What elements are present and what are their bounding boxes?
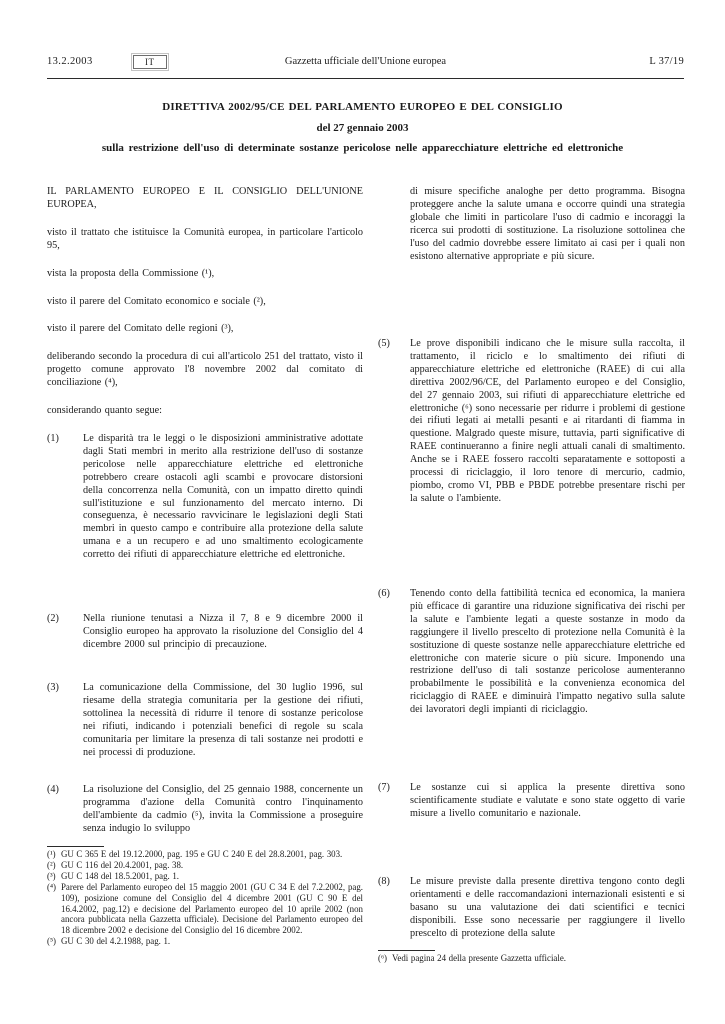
footnote-text: GU C 30 del 4.2.1988, pag. 1. <box>61 936 363 947</box>
recital-number: (3) <box>47 682 83 759</box>
footnote-rule <box>378 950 435 951</box>
footnote-rule <box>47 846 104 847</box>
recital-number: (8) <box>378 876 410 941</box>
page-reference: L 37/19 <box>649 56 684 67</box>
recital-text: Tenendo conto della fattibilità tecnica … <box>410 588 685 717</box>
footnote-marker: (¹) <box>47 849 61 860</box>
right-footnotes: (⁶) Vedi pagina 24 della presente Gazzet… <box>378 950 685 964</box>
header-rule <box>47 78 684 79</box>
footnote-marker: (⁵) <box>47 936 61 947</box>
footnote-marker: (³) <box>47 871 61 882</box>
footnote-item: (³) GU C 148 del 18.5.2001, pag. 1. <box>47 871 363 882</box>
recital-number: (4) <box>47 784 83 836</box>
footnote-item: (⁶) Vedi pagina 24 della presente Gazzet… <box>378 953 685 964</box>
footnote-text: GU C 148 del 18.5.2001, pag. 1. <box>61 871 363 882</box>
recital-item: (6) Tenendo conto della fattibilità tecn… <box>378 588 685 717</box>
footnote-marker: (⁶) <box>378 953 392 964</box>
recital-item: (4) La risoluzione del Consiglio, del 25… <box>47 784 363 836</box>
recital-item: (1) Le disparità tra le leggi o le dispo… <box>47 433 363 562</box>
recital-text: Le prove disponibili indicano che le mis… <box>410 338 685 506</box>
journal-page: 13.2.2003 IT Gazzetta ufficiale dell'Uni… <box>0 0 725 1024</box>
footnote-marker: (²) <box>47 860 61 871</box>
recital-text: La risoluzione del Consiglio, del 25 gen… <box>83 784 363 836</box>
recital-number: (2) <box>47 613 83 652</box>
recital-item: (7) Le sostanze cui si applica la presen… <box>378 782 685 821</box>
recital-number: (1) <box>47 433 83 562</box>
footnote-item: (²) GU C 116 del 20.4.2001, pag. 38. <box>47 860 363 871</box>
recital-text: Le disparità tra le leggi o le disposizi… <box>83 433 363 562</box>
recital-item: (5) Le prove disponibili indicano che le… <box>378 338 685 506</box>
journal-title: Gazzetta ufficiale dell'Unione europea <box>47 56 684 67</box>
preamble-block: IL PARLAMENTO EUROPEO E IL CONSIGLIO DEL… <box>47 186 363 433</box>
recital-text: Nella riunione tenutasi a Nizza il 7, 8 … <box>83 613 363 652</box>
recital-item: (8) Le misure previste dalla presente di… <box>378 876 685 941</box>
preamble-paragraph: deliberando secondo la procedura di cui … <box>47 351 363 390</box>
preamble-paragraph: vista la proposta della Commissione (¹), <box>47 268 363 281</box>
preamble-paragraph: visto il parere del Comitato economico e… <box>47 296 363 309</box>
recital-number: (5) <box>378 338 410 506</box>
footnote-text: Vedi pagina 24 della presente Gazzetta u… <box>392 953 685 964</box>
left-footnotes: (¹) GU C 365 E del 19.12.2000, pag. 195 … <box>47 846 363 947</box>
preamble-paragraph: IL PARLAMENTO EUROPEO E IL CONSIGLIO DEL… <box>47 186 363 212</box>
footnote-item: (⁵) GU C 30 del 4.2.1988, pag. 1. <box>47 936 363 947</box>
preamble-paragraph: considerando quanto segue: <box>47 405 363 418</box>
title-block: DIRETTIVA 2002/95/CE DEL PARLAMENTO EURO… <box>95 101 630 156</box>
recital-text: La comunicazione della Commissione, del … <box>83 682 363 759</box>
recital-number: (7) <box>378 782 410 821</box>
footnote-text: GU C 365 E del 19.12.2000, pag. 195 e GU… <box>61 849 363 860</box>
recital-item: (2) Nella riunione tenutasi a Nizza il 7… <box>47 613 363 652</box>
directive-number-title: DIRETTIVA 2002/95/CE DEL PARLAMENTO EURO… <box>95 101 630 113</box>
recital-number: (6) <box>378 588 410 717</box>
footnote-item: (⁴) Parere del Parlamento europeo del 15… <box>47 882 363 937</box>
recital-text: Le sostanze cui si applica la presente d… <box>410 782 685 821</box>
preamble-paragraph: visto il parere del Comitato delle regio… <box>47 323 363 336</box>
directive-date: del 27 gennaio 2003 <box>95 122 630 134</box>
preamble-paragraph: visto il trattato che istituisce la Comu… <box>47 227 363 253</box>
footnote-text: GU C 116 del 20.4.2001, pag. 38. <box>61 860 363 871</box>
footnote-text: Parere del Parlamento europeo del 15 mag… <box>61 882 363 937</box>
recital-text: Le misure previste dalla presente dirett… <box>410 876 685 941</box>
footnote-item: (¹) GU C 365 E del 19.12.2000, pag. 195 … <box>47 849 363 860</box>
recital-item: (3) La comunicazione della Commissione, … <box>47 682 363 759</box>
recital-4-continuation: di misure specifiche analoghe per detto … <box>410 186 685 263</box>
page-header: 13.2.2003 IT Gazzetta ufficiale dell'Uni… <box>47 54 684 72</box>
directive-subject: sulla restrizione dell'uso di determinat… <box>95 142 630 156</box>
footnote-marker: (⁴) <box>47 882 61 937</box>
